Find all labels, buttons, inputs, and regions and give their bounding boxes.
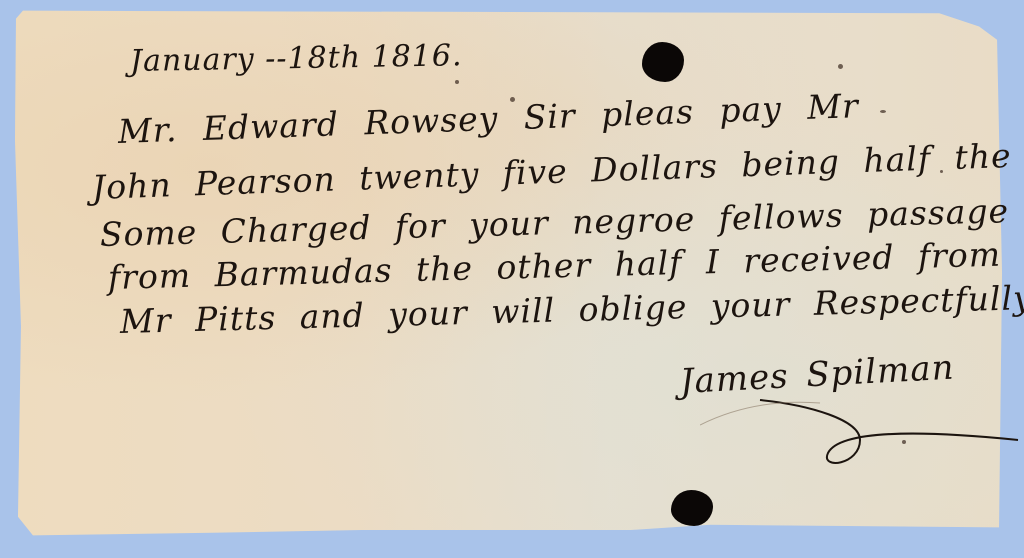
ink-speck	[838, 64, 843, 69]
signature-flourish-icon	[700, 395, 1020, 475]
burn-hole-bottom	[671, 490, 713, 526]
burn-hole-top	[642, 42, 684, 82]
document-scan: January --18th 1816. Mr. Edward Rowsey S…	[0, 0, 1024, 558]
ink-speck	[880, 110, 886, 113]
date-line: January --18th 1816.	[130, 38, 463, 79]
ink-speck	[455, 80, 459, 84]
